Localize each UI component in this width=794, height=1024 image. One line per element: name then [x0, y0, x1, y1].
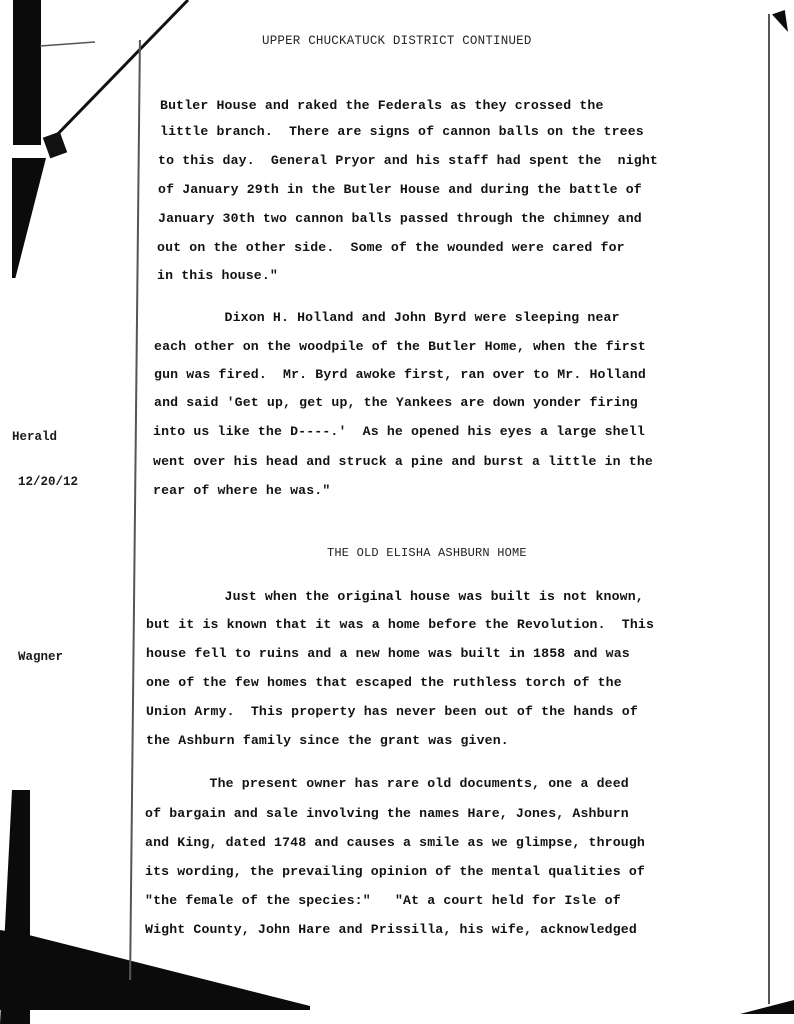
text-line: its wording, the prevailing opinion of t… — [145, 864, 645, 879]
margin-note-wagner: Wagner — [18, 650, 63, 665]
scan-shadow-left-wedge — [12, 158, 46, 278]
page-right-edge — [768, 14, 770, 1004]
page-left-edge — [129, 40, 141, 980]
text-line: but it is known that it was a home befor… — [146, 617, 654, 632]
text-line: and King, dated 1748 and causes a smile … — [145, 835, 645, 850]
text-line: little branch. There are signs of cannon… — [160, 124, 644, 139]
text-line: rear of where he was." — [153, 483, 330, 498]
text-line: and said 'Get up, get up, the Yankees ar… — [154, 395, 638, 410]
scan-shadow-bottom — [0, 930, 310, 1010]
scan-shadow-top-right — [772, 10, 788, 32]
text-line: in this house." — [157, 268, 278, 283]
text-line: Butler House and raked the Federals as t… — [160, 98, 604, 113]
text-line: The present owner has rare old documents… — [145, 776, 629, 791]
text-line: Just when the original house was built i… — [160, 589, 644, 604]
section-heading: THE OLD ELISHA ASHBURN HOME — [327, 546, 527, 560]
margin-note-date: 12/20/12 — [12, 475, 78, 490]
text-line: Dixon H. Holland and John Byrd were slee… — [160, 310, 620, 325]
margin-note-source: Herald — [12, 430, 78, 445]
scan-shadow-left-top — [13, 0, 41, 145]
text-line: of January 29th in the Butler House and … — [158, 182, 642, 197]
text-line: into us like the D----.' As he opened hi… — [153, 424, 645, 439]
scan-shadow-bottom-right — [740, 1000, 794, 1014]
text-line: out on the other side. Some of the wound… — [157, 240, 625, 255]
text-line: Union Army. This property has never been… — [146, 704, 638, 719]
text-line: went over his head and struck a pine and… — [153, 454, 653, 469]
text-line: January 30th two cannon balls passed thr… — [158, 211, 642, 226]
text-line: house fell to ruins and a new home was b… — [146, 646, 630, 661]
margin-note-herald: Herald 12/20/12 — [12, 400, 78, 505]
text-line: to this day. General Pryor and his staff… — [158, 153, 658, 168]
text-line: of bargain and sale involving the names … — [145, 806, 629, 821]
text-line: "the female of the species:" "At a court… — [145, 893, 621, 908]
text-line: each other on the woodpile of the Butler… — [154, 339, 646, 354]
text-line: Wight County, John Hare and Prissilla, h… — [145, 922, 637, 937]
text-line: the Ashburn family since the grant was g… — [146, 733, 509, 748]
text-line: gun was fired. Mr. Byrd awoke first, ran… — [154, 367, 646, 382]
document-title: UPPER CHUCKATUCK DISTRICT CONTINUED — [262, 34, 532, 48]
text-line: one of the few homes that escaped the ru… — [146, 675, 622, 690]
